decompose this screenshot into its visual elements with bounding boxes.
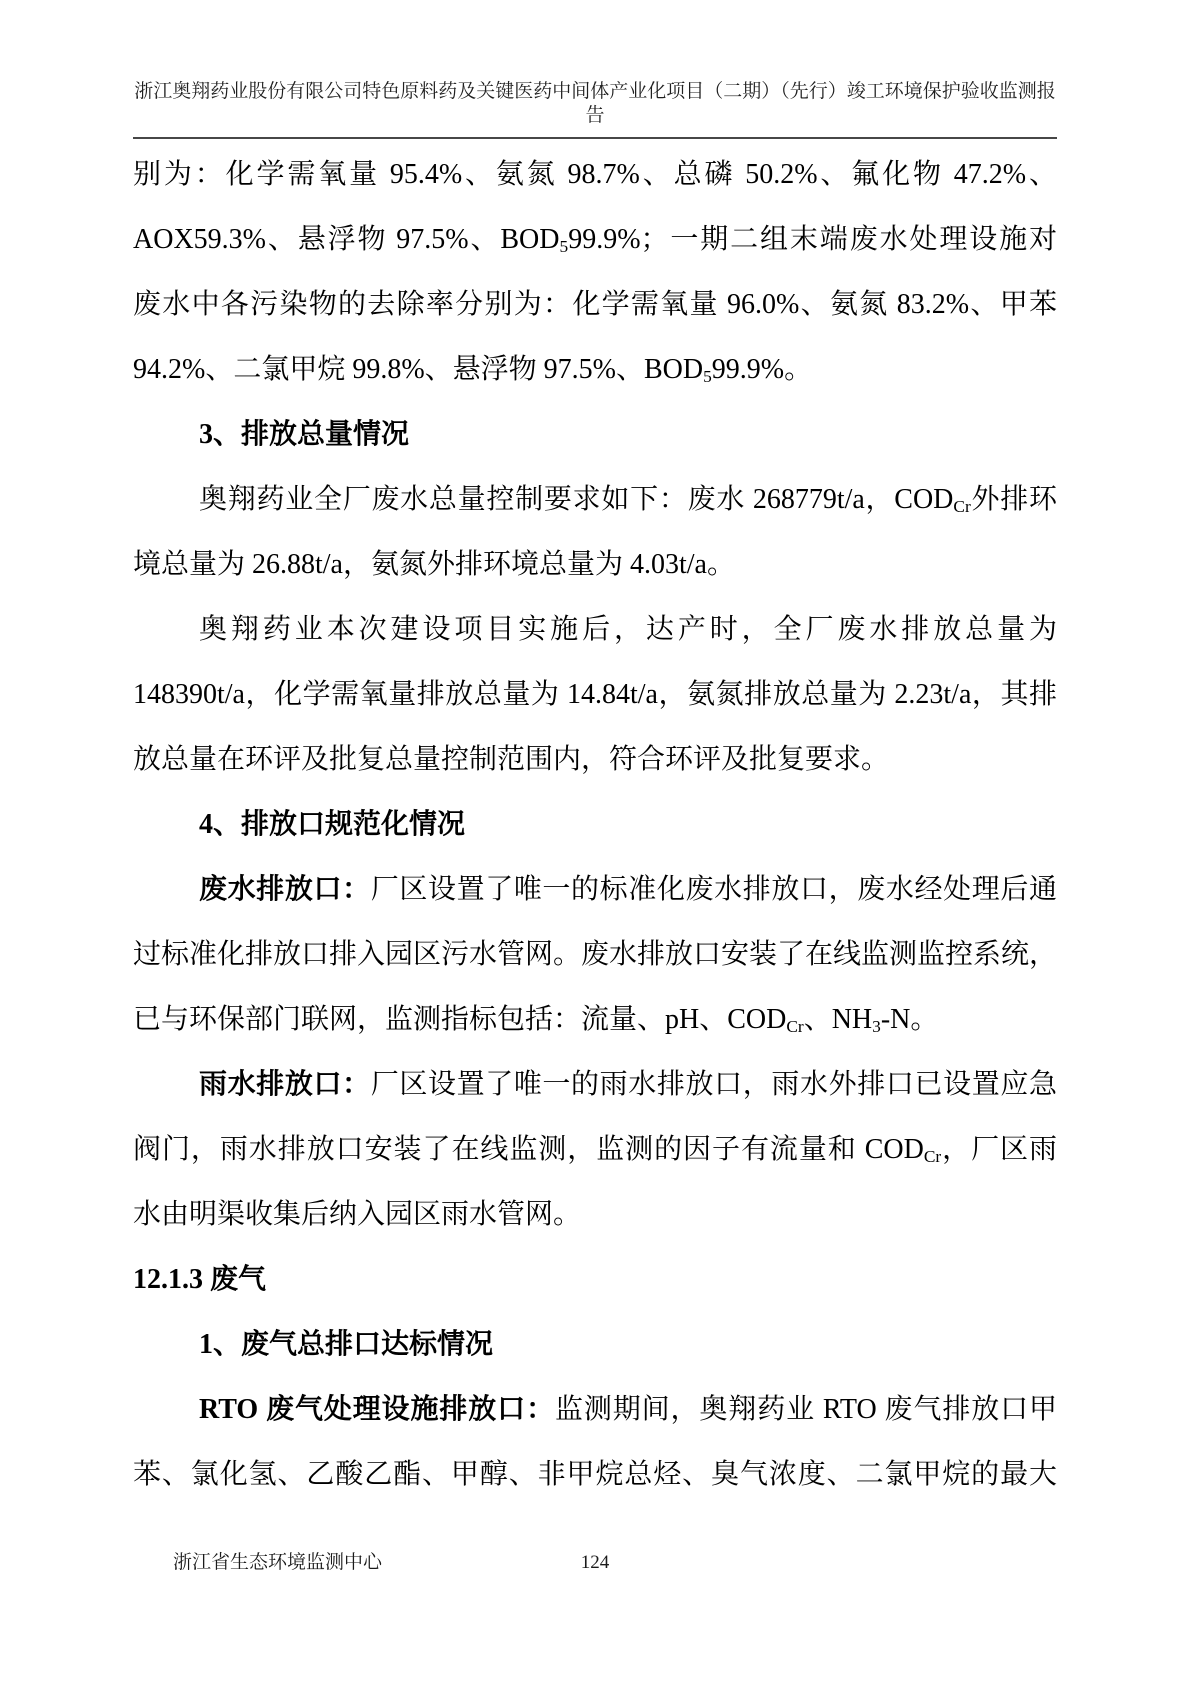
text-segment: 厂区设置了唯一的雨水排放口，雨水外排口已设置应急: [371, 1069, 1057, 1100]
body-text-line: 过标准化排放口排入园区污水管网。废水排放口安装了在线监测监控系统，: [133, 922, 1057, 987]
text-segment: 4、排放口规范化情况: [199, 809, 465, 840]
body-text-line: 94.2%、二氯甲烷 99.8%、悬浮物 97.5%、BOD599.9%。: [133, 337, 1057, 402]
body-text-line: 苯、氯化氢、乙酸乙酯、甲醇、非甲烷总烃、臭气浓度、二氯甲烷的最大: [133, 1442, 1057, 1507]
body-text-line: 放总量在环评及批复总量控制范围内，符合环评及批复要求。: [133, 727, 1057, 792]
body-text-line: 奥翔药业全厂废水总量控制要求如下：废水 268779t/a，CODCr外排环: [133, 467, 1057, 532]
heading-line: 1、废气总排口达标情况: [133, 1312, 1057, 1377]
report-header-title: 浙江奥翔药业股份有限公司特色原料药及关键医药中间体产业化项目（二期）（先行）竣工…: [133, 80, 1057, 139]
subscript-text: Cr: [924, 1147, 941, 1166]
text-segment: 废水中各污染物的去除率分别为：化学需氧量 96.0%、氨氮 83.2%、甲苯: [133, 289, 1057, 320]
text-segment: 3、排放总量情况: [199, 419, 409, 450]
text-segment: ，厂区雨: [941, 1134, 1057, 1165]
body-text-line: 废水中各污染物的去除率分别为：化学需氧量 96.0%、氨氮 83.2%、甲苯: [133, 272, 1057, 337]
subscript-text: 5: [703, 367, 712, 386]
text-segment: 99.9%；一期二组末端废水处理设施对: [568, 224, 1057, 255]
text-segment: 99.9%。: [712, 354, 812, 385]
body-text-line: RTO 废气处理设施排放口：监测期间，奥翔药业 RTO 废气排放口甲: [133, 1377, 1057, 1442]
body-text-line: 已与环保部门联网，监测指标包括：流量、pH、CODCr、NH3-N。: [133, 987, 1057, 1052]
text-segment: 奥翔药业全厂废水总量控制要求如下：废水 268779t/a，COD: [199, 484, 953, 515]
body-text-line: 别为：化学需氧量 95.4%、氨氮 98.7%、总磷 50.2%、氟化物 47.…: [133, 142, 1057, 207]
text-segment: AOX59.3%、悬浮物 97.5%、BOD: [133, 224, 560, 255]
body-text-line: 雨水排放口：厂区设置了唯一的雨水排放口，雨水外排口已设置应急: [133, 1052, 1057, 1117]
text-segment: 监测期间，奥翔药业 RTO 废气排放口甲: [555, 1394, 1057, 1425]
text-segment: -N。: [881, 1004, 939, 1035]
subscript-text: Cr: [786, 1017, 803, 1036]
subscript-text: 3: [872, 1017, 881, 1036]
body-text-line: 境总量为 26.88t/a，氨氮外排环境总量为 4.03t/a。: [133, 532, 1057, 597]
body-text-line: 148390t/a，化学需氧量排放总量为 14.84t/a，氨氮排放总量为 2.…: [133, 662, 1057, 727]
heading-line: 4、排放口规范化情况: [133, 792, 1057, 857]
body-text-line: 阀门，雨水排放口安装了在线监测，监测的因子有流量和 CODCr，厂区雨: [133, 1117, 1057, 1182]
subscript-text: Cr: [953, 497, 970, 516]
footer-page-number: 124: [581, 1548, 610, 1578]
text-segment: 境总量为 26.88t/a，氨氮外排环境总量为 4.03t/a。: [133, 549, 735, 580]
body-text-line: 废水排放口：厂区设置了唯一的标准化废水排放口，废水经处理后通: [133, 857, 1057, 922]
text-segment: 已与环保部门联网，监测指标包括：流量、pH、COD: [133, 1004, 786, 1035]
body-text-line: 水由明渠收集后纳入园区雨水管网。: [133, 1182, 1057, 1247]
text-segment: 放总量在环评及批复总量控制范围内，符合环评及批复要求。: [133, 744, 889, 775]
text-segment: 过标准化排放口排入园区污水管网。废水排放口安装了在线监测监控系统，: [133, 939, 1057, 970]
text-segment: 148390t/a，化学需氧量排放总量为 14.84t/a，氨氮排放总量为 2.…: [133, 679, 1057, 710]
text-segment: 奥翔药业本次建设项目实施后，达产时，全厂废水排放总量为: [199, 614, 1057, 645]
body-text-line: 奥翔药业本次建设项目实施后，达产时，全厂废水排放总量为: [133, 597, 1057, 662]
subscript-text: 5: [560, 237, 569, 256]
document-body: 别为：化学需氧量 95.4%、氨氮 98.7%、总磷 50.2%、氟化物 47.…: [133, 142, 1057, 1507]
text-segment: 94.2%、二氯甲烷 99.8%、悬浮物 97.5%、BOD: [133, 354, 703, 385]
footer-organization: 浙江省生态环境监测中心: [173, 1548, 382, 1578]
text-segment: 12.1.3 废气: [133, 1264, 266, 1295]
text-segment: 废水排放口：: [199, 874, 371, 905]
text-segment: 别为：化学需氧量 95.4%、氨氮 98.7%、总磷 50.2%、氟化物 47.…: [133, 159, 1057, 190]
text-segment: 苯、氯化氢、乙酸乙酯、甲醇、非甲烷总烃、臭气浓度、二氯甲烷的最大: [133, 1459, 1057, 1490]
text-segment: 雨水排放口：: [199, 1069, 371, 1100]
text-segment: 外排环: [971, 484, 1057, 515]
body-text-line: AOX59.3%、悬浮物 97.5%、BOD599.9%；一期二组末端废水处理设…: [133, 207, 1057, 272]
page-footer: 浙江省生态环境监测中心 124: [133, 1548, 1057, 1578]
text-segment: 、NH: [804, 1004, 872, 1035]
heading-line: 12.1.3 废气: [133, 1247, 1057, 1312]
text-segment: 水由明渠收集后纳入园区雨水管网。: [133, 1199, 581, 1230]
text-segment: 厂区设置了唯一的标准化废水排放口，废水经处理后通: [371, 874, 1057, 905]
document-page: { "header": { "title": "浙江奥翔药业股份有限公司特色原料…: [0, 0, 1190, 1683]
text-segment: 阀门，雨水排放口安装了在线监测，监测的因子有流量和 COD: [133, 1134, 924, 1165]
text-segment: RTO 废气处理设施排放口：: [199, 1394, 555, 1425]
text-segment: 1、废气总排口达标情况: [199, 1329, 493, 1360]
heading-line: 3、排放总量情况: [133, 402, 1057, 467]
